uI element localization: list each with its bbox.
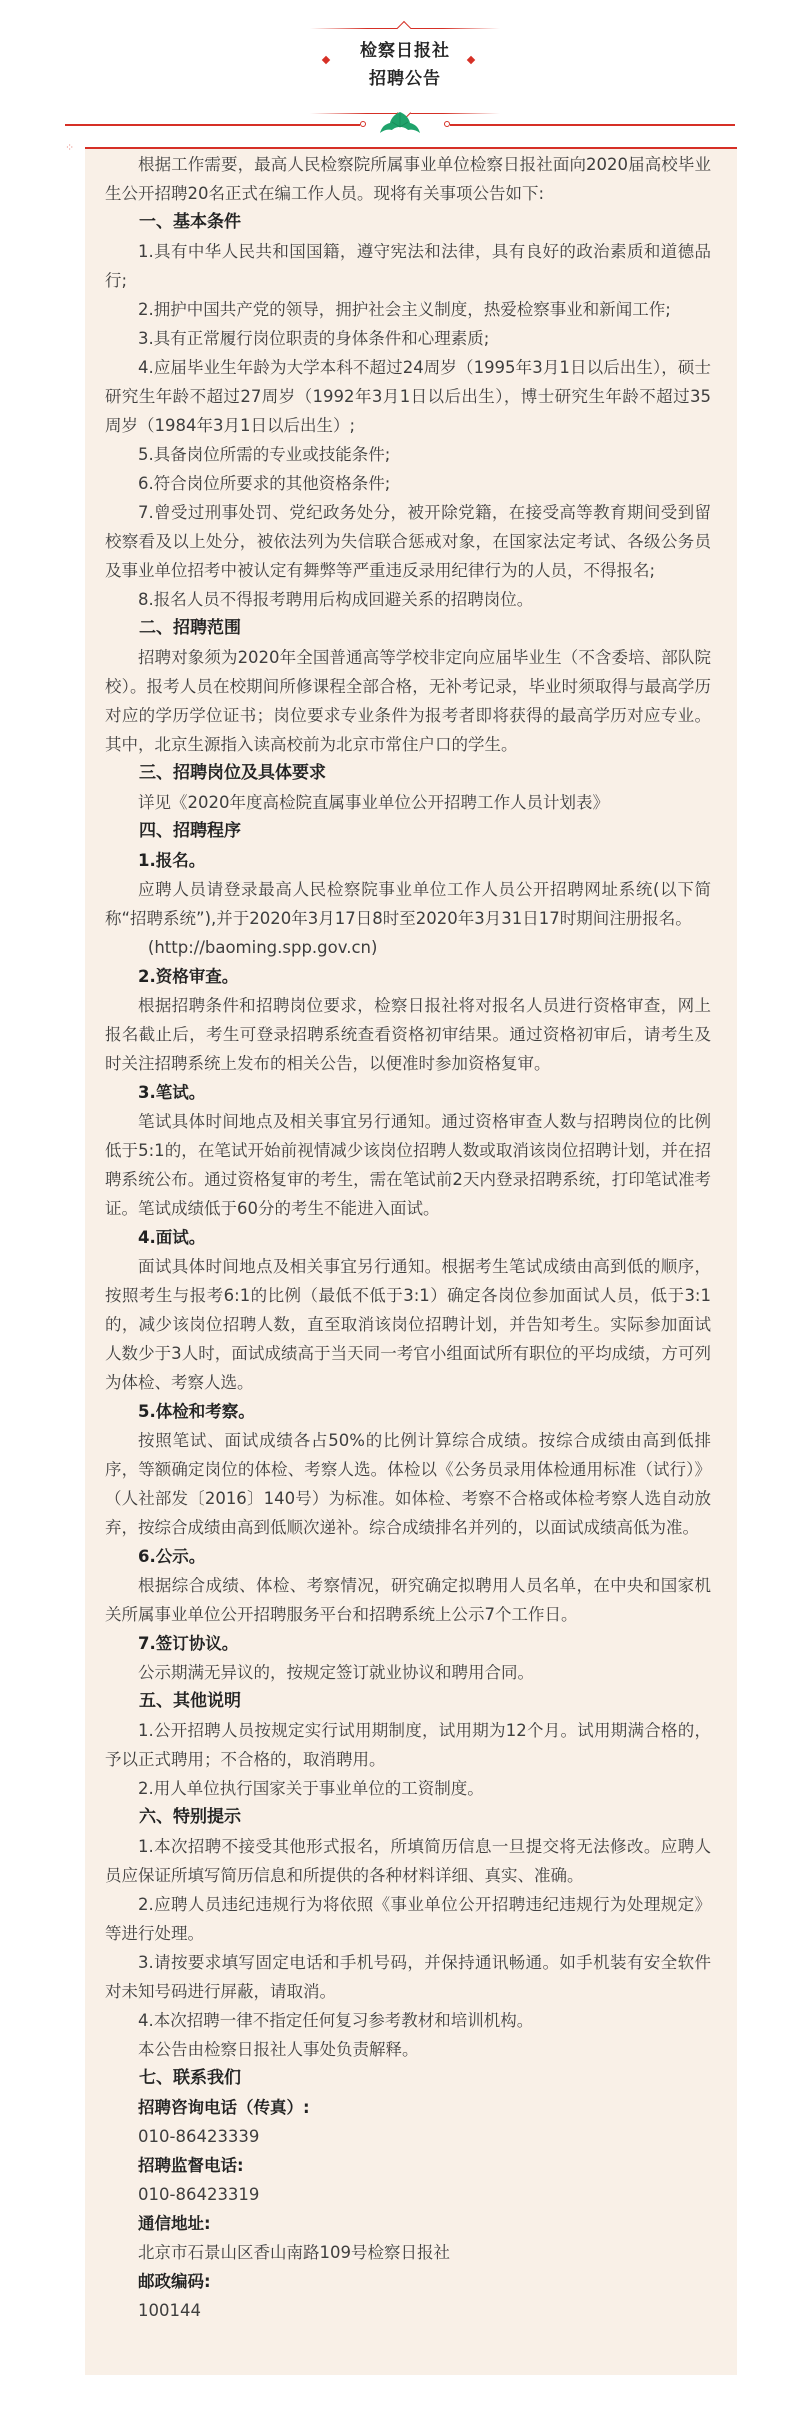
step-paragraph: 按照笔试、面试成绩各占50%的比例计算综合成绩。按综合成绩由高到低排序，等额确定…	[105, 1426, 711, 1542]
article-header: 检察日报社 招聘公告	[0, 0, 800, 140]
panel-top-border: ⁘	[65, 140, 737, 158]
list-item: 2.用人单位执行国家关于事业单位的工资制度。	[105, 1774, 711, 1803]
announcement-body: ⁘ 根据工作需要，最高人民检察院所属事业单位检察日报社面向2020届高校毕业生公…	[0, 140, 800, 2375]
announcement-title: 招聘公告	[310, 65, 500, 93]
section-heading: 七、联系我们	[105, 2064, 711, 2093]
list-item: 5.具备岗位所需的专业或技能条件;	[105, 440, 711, 469]
supervise-phone-label: 招聘监督电话:	[105, 2151, 711, 2180]
list-item: 4.应届毕业生年龄为大学本科不超过24周岁（1995年3月1日以后出生），硕士研…	[105, 353, 711, 440]
step-paragraph: 面试具体时间地点及相关事宜另行通知。根据考生笔试成绩由高到低的顺序，按照考生与报…	[105, 1252, 711, 1397]
intro-paragraph: 根据工作需要，最高人民检察院所属事业单位检察日报社面向2020届高校毕业生公开招…	[105, 150, 711, 208]
step-title: 5.体检和考察。	[105, 1397, 711, 1426]
page-title: 检察日报社 招聘公告	[310, 37, 500, 93]
section-heading: 四、招聘程序	[105, 817, 711, 846]
list-item: 1.本次招聘不接受其他形式报名，所填简历信息一旦提交将无法修改。应聘人员应保证所…	[105, 1832, 711, 1890]
step-title: 7.签订协议。	[105, 1629, 711, 1658]
section-paragraph: 详见《2020年度高检院直属事业单位公开招聘工作人员计划表》	[105, 788, 711, 817]
interpretation-note: 本公告由检察日报社人事处负责解释。	[105, 2035, 711, 2064]
section-paragraph: 招聘对象须为2020年全国普通高等学校非定向应届毕业生（不含委培、部队院校）。报…	[105, 643, 711, 759]
registration-url-link[interactable]: (http://baoming.spp.gov.cn)	[105, 933, 711, 962]
sparkle-icon: ⁘	[65, 142, 74, 153]
consult-phone-label: 招聘咨询电话（传真）:	[105, 2093, 711, 2122]
step-paragraph: 根据招聘条件和招聘岗位要求，检察日报社将对报名人员进行资格审查，网上报名截止后，…	[105, 991, 711, 1078]
list-item: 8.报名人员不得报考聘用后构成回避关系的招聘岗位。	[105, 585, 711, 614]
list-item: 2.应聘人员违纪违规行为将依照《事业单位公开招聘违纪违规行为处理规定》等进行处理…	[105, 1890, 711, 1948]
step-title: 4.面试。	[105, 1223, 711, 1252]
section-heading: 二、招聘范围	[105, 614, 711, 643]
caret-up-icon	[397, 21, 411, 35]
list-item: 7.曾受过刑事处罚、党纪政务处分，被开除党籍，在接受高等教育期间受到留校察看及以…	[105, 498, 711, 585]
list-item: 6.符合岗位所要求的其他资格条件;	[105, 469, 711, 498]
step-title: 3.笔试。	[105, 1078, 711, 1107]
step-title: 2.资格审查。	[105, 962, 711, 991]
panel-top-rule	[85, 147, 737, 149]
postcode: 100144	[105, 2296, 711, 2325]
divider-line-left	[65, 124, 360, 126]
section-heading: 六、特别提示	[105, 1803, 711, 1832]
section-heading: 三、招聘岗位及具体要求	[105, 759, 711, 788]
list-item: 1.具有中华人民共和国国籍，遵守宪法和法律，具有良好的政治素质和道德品行;	[105, 237, 711, 295]
section-heading: 五、其他说明	[105, 1687, 711, 1716]
step-title: 1.报名。	[105, 846, 711, 875]
step-paragraph: 根据综合成绩、体检、考察情况，研究确定拟聘用人员名单，在中央和国家机关所属事业单…	[105, 1571, 711, 1629]
list-item: 3.具有正常履行岗位职责的身体条件和心理素质;	[105, 324, 711, 353]
divider-line-right	[450, 124, 735, 126]
ring-icon	[360, 121, 366, 127]
supervise-phone: 010-86423319	[105, 2180, 711, 2209]
step-paragraph: 应聘人员请登录最高人民检察院事业单位工作人员公开招聘网址系统(以下简称“招聘系统…	[105, 875, 711, 933]
mailing-address: 北京市石景山区香山南路109号检察日报社	[105, 2238, 711, 2267]
list-item: 2.拥护中国共产党的领导，拥护社会主义制度，热爱检察事业和新闻工作;	[105, 295, 711, 324]
pine-tree-icon	[378, 108, 422, 134]
step-title: 6.公示。	[105, 1542, 711, 1571]
list-item: 4.本次招聘一律不指定任何复习参考教材和培训机构。	[105, 2006, 711, 2035]
section-heading: 一、基本条件	[105, 208, 711, 237]
step-paragraph: 公示期满无异议的，按规定签订就业协议和聘用合同。	[105, 1658, 711, 1687]
step-paragraph: 笔试具体时间地点及相关事宜另行通知。通过资格审查人数与招聘岗位的比例低于5:1的…	[105, 1107, 711, 1223]
consult-phone: 010-86423339	[105, 2122, 711, 2151]
address-label: 通信地址:	[105, 2209, 711, 2238]
list-item: 1.公开招聘人员按规定实行试用期制度，试用期为12个月。试用期满合格的，予以正式…	[105, 1716, 711, 1774]
postcode-label: 邮政编码:	[105, 2267, 711, 2296]
content-panel: 根据工作需要，最高人民检察院所属事业单位检察日报社面向2020届高校毕业生公开招…	[85, 148, 737, 2375]
list-item: 3.请按要求填写固定电话和手机号码，并保持通讯畅通。如手机装有安全软件对未知号码…	[105, 1948, 711, 2006]
